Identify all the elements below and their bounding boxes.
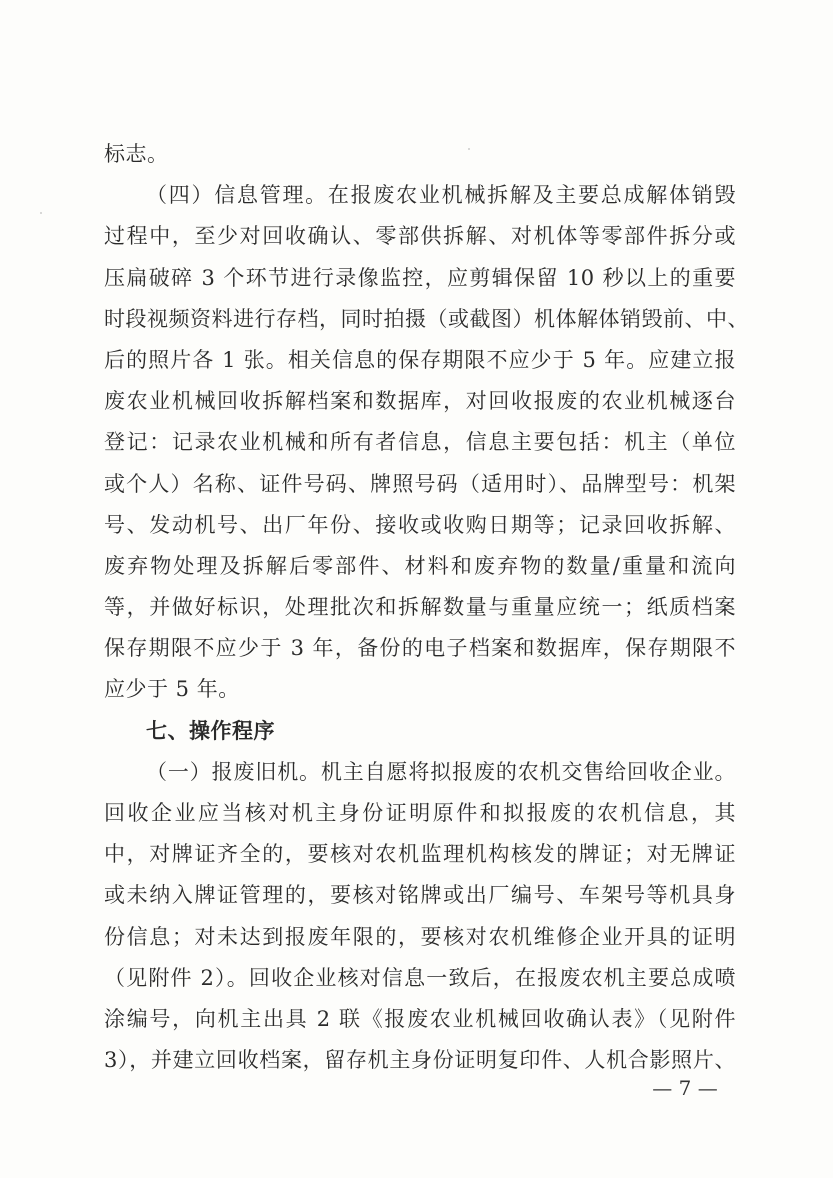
text-line: 过程中，至少对回收确认、零部供拆解、对机体等零部件拆分或 [104, 216, 736, 257]
text-line: 登记：记录农业机械和所有者信息，信息主要包括：机主（单位 [104, 422, 736, 463]
text-line: 或未纳入牌证管理的，要核对铭牌或出厂编号、车架号等机具身 [104, 875, 736, 916]
text-line: 废弃物处理及拆解后零部件、材料和废弃物的数量/重量和流向 [104, 546, 736, 587]
text-line: 涂编号，向机主出具 2 联《报废农业机械回收确认表》（见附件 [104, 999, 736, 1040]
text-line: 保存期限不应少于 3 年，备份的电子档案和数据库，保存期限不 [104, 628, 736, 669]
text-line: 时段视频资料进行存档，同时拍摄（或截图）机体解体销毁前、中、 [104, 299, 736, 340]
text-line: 废农业机械回收拆解档案和数据库，对回收报废的农业机械逐台 [104, 381, 736, 422]
text-line: 压扁破碎 3 个环节进行录像监控，应剪辑保留 10 秒以上的重要 [104, 258, 736, 299]
text-line: 等，并做好标识，处理批次和拆解数量与重量应统一；纸质档案 [104, 587, 736, 628]
text-line: 份信息；对未达到报废年限的，要核对农机维修企业开具的证明 [104, 917, 736, 958]
text-line: 应少于 5 年。 [104, 669, 736, 710]
text-line-section-heading: （四）信息管理。在报废农业机械拆解及主要总成解体销毁 [104, 175, 736, 216]
text-line: （见附件 2）。回收企业核对信息一致后，在报废农机主要总成喷 [104, 958, 736, 999]
text-line: 号、发动机号、出厂年份、接收或收购日期等；记录回收拆解、 [104, 505, 736, 546]
chapter-heading: 七、操作程序 [104, 711, 736, 752]
text-line: 或个人）名称、证件号码、牌照号码（适用时）、品牌型号：机架 [104, 464, 736, 505]
scan-speck [468, 148, 470, 150]
text-line: 回收企业应当核对机主身份证明原件和拟报废的农机信息，其 [104, 793, 736, 834]
text-line: 后的照片各 1 张。相关信息的保存期限不应少于 5 年。应建立报 [104, 340, 736, 381]
page-number: — 7 — [640, 1076, 730, 1100]
text-line-section-heading: （一）报废旧机。机主自愿将拟报废的农机交售给回收企业。 [104, 752, 736, 793]
text-line: 中，对牌证齐全的，要核对农机监理机构核发的牌证；对无牌证 [104, 834, 736, 875]
text-line: 标志。 [104, 134, 736, 175]
document-body: 标志。 （四）信息管理。在报废农业机械拆解及主要总成解体销毁 过程中，至少对回收… [104, 134, 736, 1081]
scan-speck [40, 212, 42, 214]
